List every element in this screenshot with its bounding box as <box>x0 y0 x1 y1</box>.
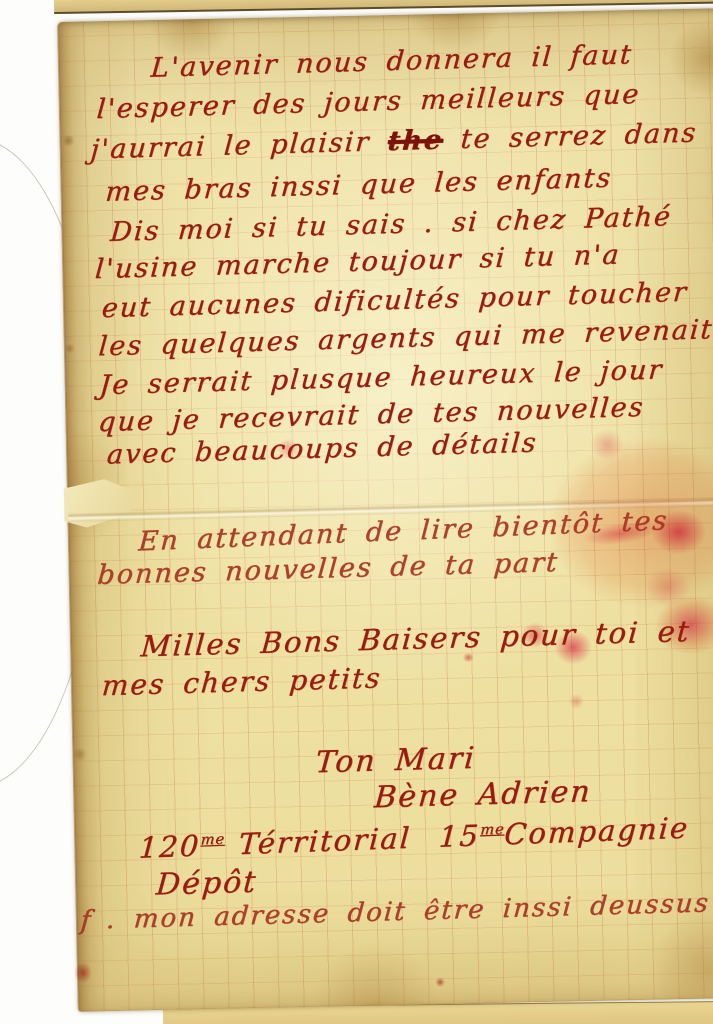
letter-line-segment: te serrez dans <box>442 117 699 155</box>
letter-line: l'usine marche toujour si tu n'a <box>94 239 622 285</box>
scanned-letter-page: L'avenir nous donnera il faut l'esperer … <box>0 0 713 1024</box>
depot-line: Dépôt <box>155 865 259 903</box>
ordinal-suffix: me <box>480 822 505 839</box>
signature-role-line: Ton Mari <box>314 741 477 781</box>
ink-stain <box>585 424 630 465</box>
letter-line: Milles Bons Baisers pour toi et <box>140 614 692 663</box>
regiment-word: Térritorial <box>238 821 413 861</box>
letter-line: l'esperer des jours meilleurs que <box>95 79 641 125</box>
regiment-line: 120meTérritorial15meCompagnie <box>138 811 691 865</box>
letter-line: mes bras inssi que les enfants <box>104 163 613 208</box>
ink-stain <box>566 691 586 711</box>
letter-line: j'aurrai le plaisir the te serrez dans <box>89 117 698 165</box>
signature-name-line: Bène Adrien <box>373 774 593 815</box>
company-word: Compagnie <box>503 811 690 852</box>
cut-off-letter: f <box>79 906 93 936</box>
letter-paper: L'avenir nous donnera il faut l'esperer … <box>58 8 713 1012</box>
company-number: 15 <box>438 818 481 854</box>
regiment-number: 120 <box>138 829 202 865</box>
letter-line: mes chers petits <box>101 661 383 702</box>
letter-line: L'avenir nous donnera il faut <box>150 39 634 84</box>
crossed-out-word: the <box>387 125 445 158</box>
ink-stain <box>637 561 698 614</box>
letter-line-segment: j'aurrai le plaisir <box>89 126 389 165</box>
ink-stain <box>434 976 446 988</box>
ordinal-suffix: me <box>200 832 225 849</box>
